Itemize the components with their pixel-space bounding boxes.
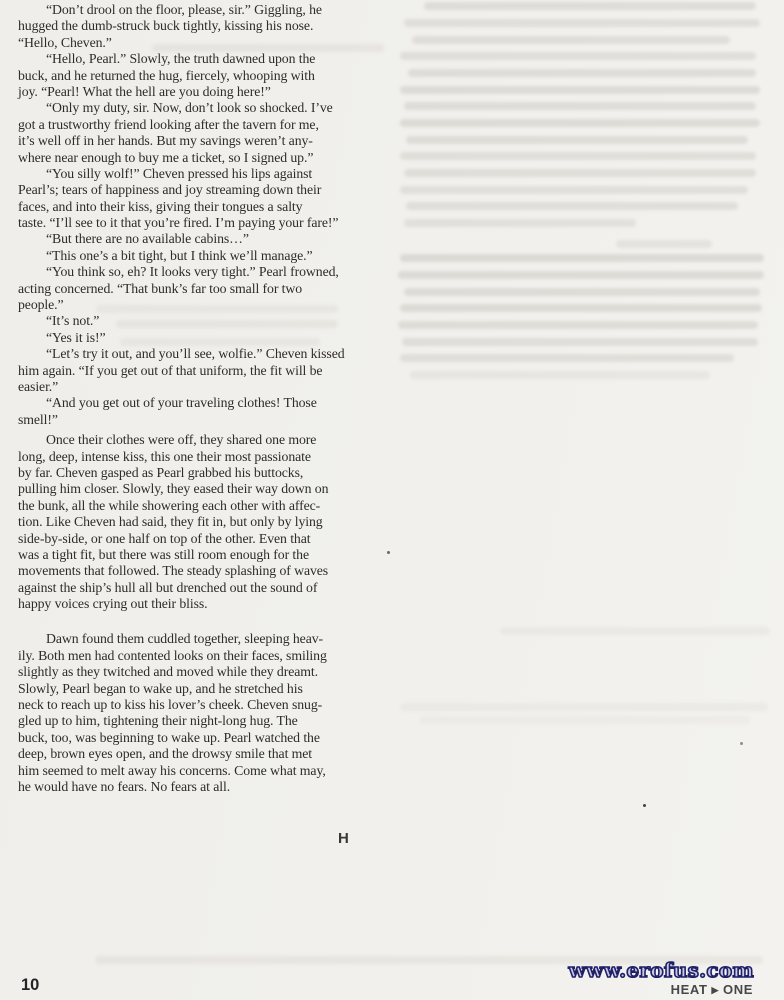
text-line: people.” (18, 297, 392, 313)
bleed-through-line (400, 52, 756, 60)
paragraph: “Don’t drool on the floor, please, sir.”… (18, 2, 392, 51)
bleed-through-line (400, 86, 760, 94)
bleed-through-line (398, 271, 764, 279)
paragraph: “You silly wolf!” Cheven pressed his lip… (18, 166, 392, 232)
paragraph: Once their clothes were off, they shared… (18, 432, 392, 612)
text-line: “Only my duty, sir. Now, don’t look so s… (18, 100, 392, 116)
text-line: slightly as they twitched and moved whil… (18, 664, 392, 680)
bleed-through-line (400, 254, 764, 262)
bleed-through-line (616, 240, 712, 248)
text-line: side-by-side, or one half on top of the … (18, 531, 392, 547)
bleed-through-line (404, 169, 756, 177)
bleed-through-line (400, 152, 756, 160)
paragraph: “Yes it is!” (18, 330, 392, 346)
bleed-through-line (420, 716, 750, 724)
text-line: him seemed to melt away his concerns. Co… (18, 763, 392, 779)
text-line: “Let’s try it out, and you’ll see, wolfi… (18, 346, 392, 362)
text-line: Once their clothes were off, they shared… (18, 432, 392, 448)
paragraph: “This one’s a bit tight, but I think we’… (18, 248, 392, 264)
text-line: “You think so, eh? It looks very tight.”… (18, 264, 392, 280)
text-line: ily. Both men had contented looks on the… (18, 648, 392, 664)
text-line: deep, brown eyes open, and the drowsy sm… (18, 746, 392, 762)
text-line: acting concerned. “That bunk’s far too s… (18, 281, 392, 297)
bleed-through-line (404, 102, 756, 110)
paragraph: “You think so, eh? It looks very tight.”… (18, 264, 392, 313)
text-line: got a trustworthy friend looking after t… (18, 117, 392, 133)
issue-name: ONE (723, 982, 753, 997)
bleed-through-line (400, 354, 734, 362)
bleed-through-line (408, 69, 756, 77)
text-line: pulling him closer. Slowly, they eased t… (18, 481, 392, 497)
text-line: Slowly, Pearl began to wake up, and he s… (18, 681, 392, 697)
paragraph: “And you get out of your traveling cloth… (18, 395, 392, 428)
watermark-url: www.erofus.com (569, 958, 754, 982)
bleed-through-line (404, 19, 760, 27)
text-line: “Hello, Cheven.” (18, 35, 392, 51)
paragraph: “But there are no available cabins…” (18, 231, 392, 247)
text-line: “You silly wolf!” Cheven pressed his lip… (18, 166, 392, 182)
text-line: buck, and he returned the hug, fiercely,… (18, 68, 392, 84)
bleed-through-line (400, 186, 748, 194)
text-line: Pearl’s; tears of happiness and joy stre… (18, 182, 392, 198)
paragraph: “Let’s try it out, and you’ll see, wolfi… (18, 346, 392, 395)
magazine-name: HEAT (671, 982, 708, 997)
page-number: 10 (21, 976, 39, 995)
text-line: Dawn found them cuddled together, sleepi… (18, 631, 392, 647)
paragraph: “Hello, Pearl.” Slowly, the truth dawned… (18, 51, 392, 100)
text-line: the bunk, all the while showering each o… (18, 498, 392, 514)
bleed-through-line (406, 136, 748, 144)
text-line: movements that followed. The steady spla… (18, 563, 392, 579)
bleed-through-line (406, 202, 738, 210)
text-line: long, deep, intense kiss, this one their… (18, 449, 392, 465)
text-line: smell!” (18, 412, 392, 428)
text-line: “Hello, Pearl.” Slowly, the truth dawned… (18, 51, 392, 67)
right-arrow-icon: ▶ (711, 985, 719, 995)
text-line: him again. “If you get out of that unifo… (18, 363, 392, 379)
text-line: joy. “Pearl! What the hell are you doing… (18, 84, 392, 100)
scan-speck (643, 804, 646, 807)
bleed-through-line (400, 703, 768, 711)
magazine-footer: HEAT▶ONE (671, 982, 753, 997)
text-line: happy voices crying out their bliss. (18, 596, 392, 612)
text-line: hugged the dumb-struck buck tightly, kis… (18, 18, 392, 34)
bleed-through-line (400, 304, 762, 312)
text-line: gled up to him, tightening their night-l… (18, 713, 392, 729)
text-line: neck to reach up to kiss his lover’s che… (18, 697, 392, 713)
text-line: “But there are no available cabins…” (18, 231, 392, 247)
scan-speck (740, 742, 743, 745)
paragraph: “Only my duty, sir. Now, don’t look so s… (18, 100, 392, 166)
bleed-through-line (402, 338, 758, 346)
scanned-page: “Don’t drool on the floor, please, sir.”… (0, 0, 784, 1000)
text-line: “Don’t drool on the floor, please, sir.”… (18, 2, 392, 18)
story-text-column: “Don’t drool on the floor, please, sir.”… (18, 2, 392, 795)
bleed-through-line (410, 371, 710, 379)
text-line: buck, too, was beginning to wake up. Pea… (18, 730, 392, 746)
text-line: “It’s not.” (18, 313, 392, 329)
story-end-mark: H (338, 830, 348, 847)
text-line: was a tight fit, but there was still roo… (18, 547, 392, 563)
text-line: faces, and into their kiss, giving their… (18, 199, 392, 215)
text-line: easier.” (18, 379, 392, 395)
text-line: “And you get out of your traveling cloth… (18, 395, 392, 411)
text-line: he would have no fears. No fears at all. (18, 779, 392, 795)
text-line: by far. Cheven gasped as Pearl grabbed h… (18, 465, 392, 481)
bleed-through-line (412, 36, 730, 44)
text-line: it’s well off in her hands. But my savin… (18, 133, 392, 149)
paragraph: Dawn found them cuddled together, sleepi… (18, 631, 392, 795)
text-line: against the ship’s hull all but drenched… (18, 580, 392, 596)
bleed-through-line (404, 288, 760, 296)
text-line: tion. Like Cheven had said, they fit in,… (18, 514, 392, 530)
bleed-through-line (500, 627, 770, 635)
text-line: where near enough to buy me a ticket, so… (18, 150, 392, 166)
text-line: “Yes it is!” (18, 330, 392, 346)
text-line: “This one’s a bit tight, but I think we’… (18, 248, 392, 264)
bleed-through-line (398, 321, 758, 329)
paragraph: “It’s not.” (18, 313, 392, 329)
bleed-through-line (424, 2, 756, 10)
text-line: taste. “I’ll see to it that you’re fired… (18, 215, 392, 231)
bleed-through-line (404, 219, 636, 227)
bleed-through-line (400, 119, 760, 127)
